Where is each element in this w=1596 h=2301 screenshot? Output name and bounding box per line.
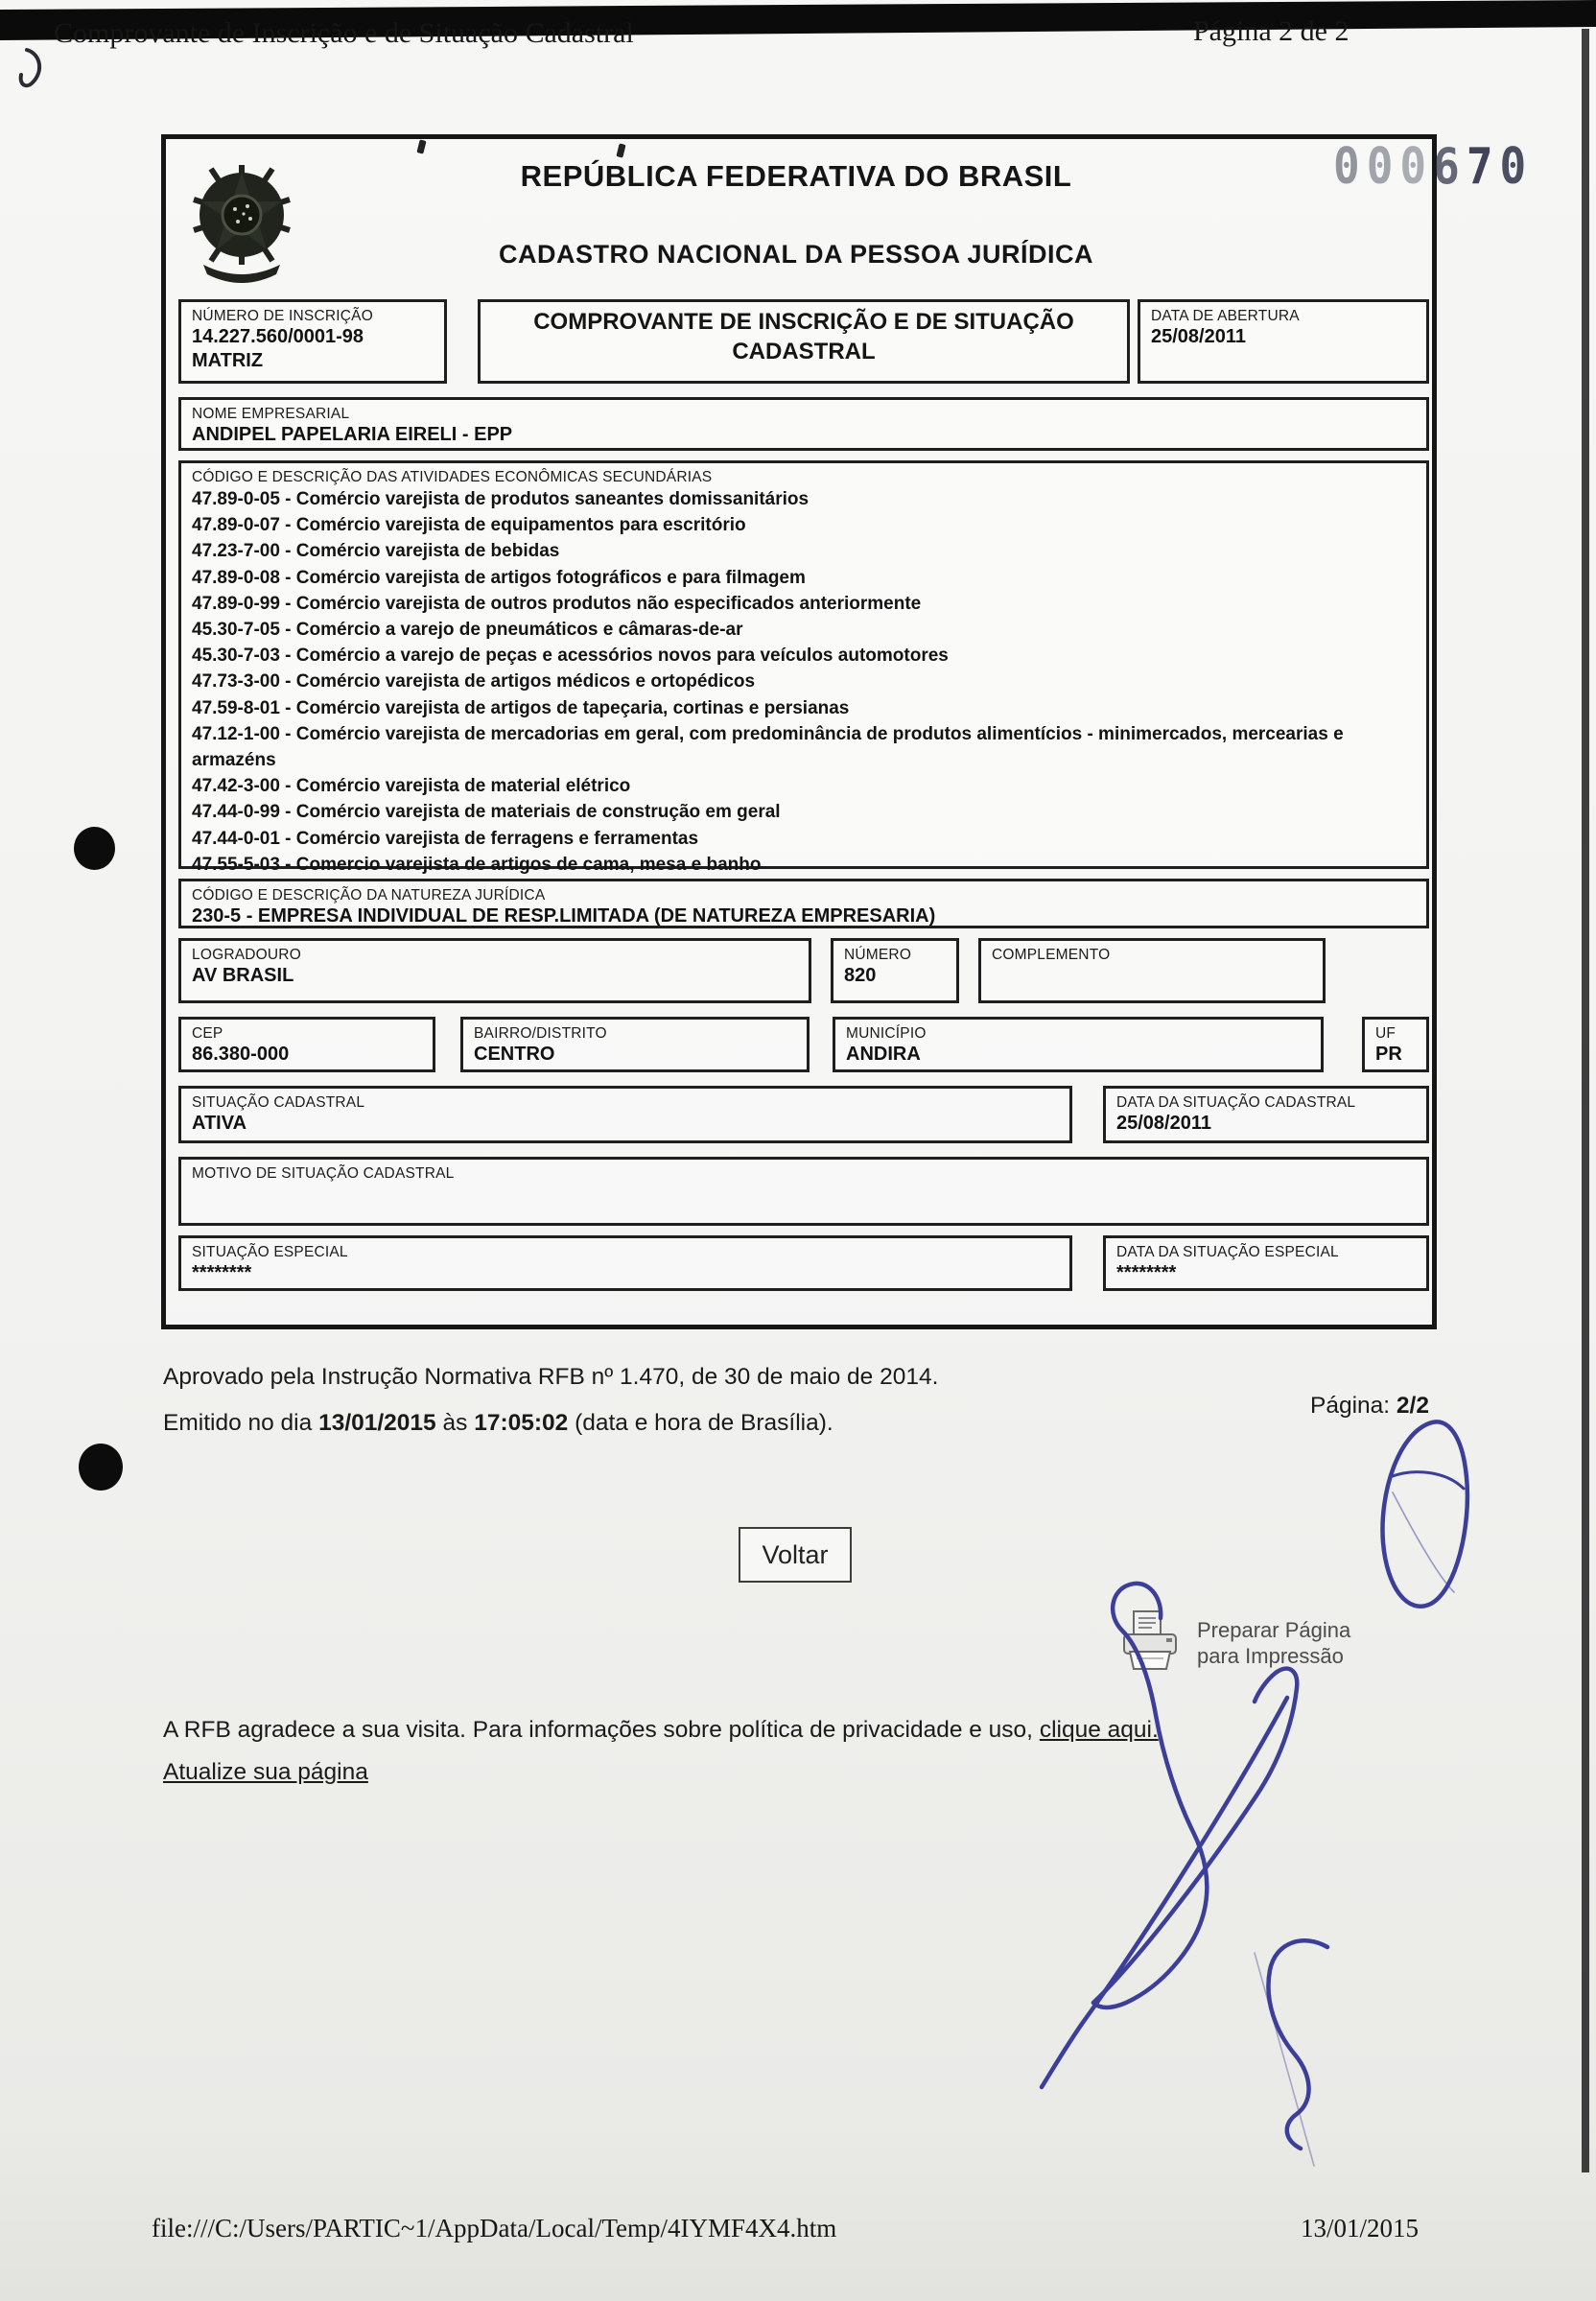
print-link-line1: Preparar Página: [1197, 1617, 1350, 1643]
field-complemento: COMPLEMENTO: [978, 938, 1326, 1003]
field-value: 86.380-000: [192, 1043, 422, 1067]
field-label: NOME EMPRESARIAL: [192, 405, 1416, 423]
scanned-page: Comprovante de Inscrição e de Situação C…: [0, 0, 1596, 2301]
pagina-indicator: Página: 2/2: [1310, 1393, 1429, 1420]
atividade-item: 47.89-0-05 - Comércio varejista de produ…: [192, 486, 1416, 512]
comprovante-line2: CADASTRAL: [491, 337, 1116, 366]
field-label: UF: [1375, 1024, 1416, 1043]
footer-file-url: file:///C:/Users/PARTIC~1/AppData/Local/…: [152, 2214, 836, 2243]
atividade-item: 47.89-0-08 - Comércio varejista de artig…: [192, 565, 1416, 591]
print-page-link[interactable]: Preparar Página para Impressão: [1197, 1617, 1350, 1669]
atividade-item: 47.89-0-99 - Comércio varejista de outro…: [192, 591, 1416, 617]
field-municipio: MUNICÍPIO ANDIRA: [833, 1017, 1324, 1072]
atualize-pagina-link[interactable]: Atualize sua página: [163, 1759, 368, 1786]
field-label: SITUAÇÃO CADASTRAL: [192, 1093, 1059, 1112]
stamp-number: 000670: [1333, 137, 1533, 195]
field-comprovante-title: COMPROVANTE DE INSCRIÇÃO E DE SITUAÇÃO C…: [478, 299, 1130, 384]
hole-punch-top: [74, 827, 115, 870]
emitido-time: 17:05:02: [474, 1410, 568, 1436]
print-header-title: Comprovante de Inscrição e de Situação C…: [54, 17, 634, 50]
atividades-list: 47.89-0-05 - Comércio varejista de produ…: [192, 486, 1416, 878]
field-label: NÚMERO: [844, 946, 946, 964]
emitido-suffix: (data e hora de Brasília).: [568, 1410, 833, 1436]
field-logradouro: LOGRADOURO AV BRASIL: [178, 938, 811, 1003]
field-value: CENTRO: [474, 1043, 796, 1067]
field-natureza-juridica: CÓDIGO E DESCRIÇÃO DA NATUREZA JURÍDICA …: [178, 879, 1429, 928]
field-cep: CEP 86.380-000: [178, 1017, 435, 1072]
field-uf: UF PR: [1362, 1017, 1429, 1072]
atividade-item: 47.55-5-03 - Comercio varejista de artig…: [192, 852, 1416, 878]
field-value: 820: [844, 964, 946, 988]
atividade-item: 47.42-3-00 - Comércio varejista de mater…: [192, 773, 1416, 799]
field-value: ANDIPEL PAPELARIA EIRELI - EPP: [192, 423, 1416, 447]
aprovado-text: Aprovado pela Instrução Normativa RFB nº…: [163, 1364, 938, 1391]
field-data-abertura: DATA DE ABERTURA 25/08/2011: [1138, 299, 1429, 384]
clique-aqui-link[interactable]: clique aqui.: [1040, 1717, 1159, 1743]
field-numero-inscricao: NÚMERO DE INSCRIÇÃO 14.227.560/0001-98 M…: [178, 299, 447, 384]
atividade-item: 47.12-1-00 - Comércio varejista de merca…: [192, 721, 1416, 773]
pen-hook-mark: [21, 50, 39, 85]
field-data-situacao-especial: DATA DA SITUAÇÃO ESPECIAL ********: [1103, 1235, 1429, 1291]
field-bairro: BAIRRO/DISTRITO CENTRO: [460, 1017, 810, 1072]
field-value: 25/08/2011: [1151, 325, 1416, 349]
field-label: NÚMERO DE INSCRIÇÃO: [192, 307, 434, 325]
hole-punch-bottom: [79, 1444, 123, 1491]
form-title-republica: REPÚBLICA FEDERATIVA DO BRASIL: [317, 159, 1276, 194]
emitido-date: 13/01/2015: [318, 1410, 436, 1436]
atividade-item: 47.23-7-00 - Comércio varejista de bebid…: [192, 538, 1416, 564]
field-numero: NÚMERO 820: [831, 938, 959, 1003]
field-label: BAIRRO/DISTRITO: [474, 1024, 796, 1043]
field-label: MOTIVO DE SITUAÇÃO CADASTRAL: [192, 1164, 1416, 1183]
rfb-thanks-text: A RFB agradece a sua visita. Para inform…: [163, 1717, 1033, 1743]
rfb-thanks-line: A RFB agradece a sua visita. Para inform…: [163, 1717, 1159, 1744]
field-value: ********: [192, 1261, 1059, 1285]
field-value: ANDIRA: [846, 1043, 1310, 1067]
brazil-coat-of-arms-logo: [190, 161, 293, 286]
form-title-cadastro: CADASTRO NACIONAL DA PESSOA JURÍDICA: [317, 240, 1276, 270]
field-value: 14.227.560/0001-98: [192, 325, 434, 349]
field-value-sub: MATRIZ: [192, 349, 434, 373]
emitido-text: Emitido no dia 13/01/2015 às 17:05:02 (d…: [163, 1410, 833, 1437]
print-link-line2: para Impressão: [1197, 1643, 1350, 1669]
atividade-item: 45.30-7-05 - Comércio a varejo de pneumá…: [192, 617, 1416, 643]
comprovante-line1: COMPROVANTE DE INSCRIÇÃO E DE SITUAÇÃO: [491, 307, 1116, 337]
field-value: PR: [1375, 1043, 1416, 1067]
field-situacao-cadastral: SITUAÇÃO CADASTRAL ATIVA: [178, 1086, 1072, 1143]
atividade-item: 47.59-8-01 - Comércio varejista de artig…: [192, 695, 1416, 721]
field-label: COMPLEMENTO: [992, 946, 1312, 964]
scan-right-edge-line: [1582, 29, 1589, 2172]
field-motivo-situacao: MOTIVO DE SITUAÇÃO CADASTRAL: [178, 1157, 1429, 1226]
field-value: AV BRASIL: [192, 964, 798, 988]
field-label: CÓDIGO E DESCRIÇÃO DA NATUREZA JURÍDICA: [192, 886, 1416, 904]
field-atividades-secundarias: CÓDIGO E DESCRIÇÃO DAS ATIVIDADES ECONÔM…: [178, 460, 1429, 869]
field-label: SITUAÇÃO ESPECIAL: [192, 1243, 1059, 1261]
atividade-item: 47.44-0-01 - Comércio varejista de ferra…: [192, 826, 1416, 852]
field-situacao-especial: SITUAÇÃO ESPECIAL ********: [178, 1235, 1072, 1291]
field-value: ATIVA: [192, 1112, 1059, 1136]
field-nome-empresarial: NOME EMPRESARIAL ANDIPEL PAPELARIA EIREL…: [178, 397, 1429, 451]
field-label: DATA DA SITUAÇÃO ESPECIAL: [1116, 1243, 1416, 1261]
print-header-page-info: Página 2 de 2: [1193, 15, 1349, 48]
atividade-item: 47.44-0-99 - Comércio varejista de mater…: [192, 799, 1416, 825]
footer-date: 13/01/2015: [1301, 2214, 1419, 2243]
field-label: CÓDIGO E DESCRIÇÃO DAS ATIVIDADES ECONÔM…: [192, 468, 1416, 486]
signature-scribble: [1042, 1584, 1327, 2166]
field-value: 230-5 - EMPRESA INDIVIDUAL DE RESP.LIMIT…: [192, 904, 1416, 928]
pagina-label: Página:: [1310, 1393, 1396, 1419]
field-label: DATA DE ABERTURA: [1151, 307, 1416, 325]
field-value: 25/08/2011: [1116, 1112, 1416, 1136]
atividade-item: 45.30-7-03 - Comércio a varejo de peças …: [192, 643, 1416, 669]
signature-oval: [1382, 1421, 1467, 1606]
emitido-middle: às: [436, 1410, 475, 1436]
field-label: LOGRADOURO: [192, 946, 798, 964]
atividade-item: 47.73-3-00 - Comércio varejista de artig…: [192, 669, 1416, 694]
voltar-button[interactable]: Voltar: [739, 1527, 852, 1583]
atividade-item: 47.89-0-07 - Comércio varejista de equip…: [192, 512, 1416, 538]
field-label: MUNICÍPIO: [846, 1024, 1310, 1043]
field-data-situacao-cadastral: DATA DA SITUAÇÃO CADASTRAL 25/08/2011: [1103, 1086, 1429, 1143]
field-value: ********: [1116, 1261, 1416, 1285]
printer-icon[interactable]: [1120, 1609, 1180, 1673]
emitido-prefix: Emitido no dia: [163, 1410, 318, 1436]
field-label: CEP: [192, 1024, 422, 1043]
pagina-value: 2/2: [1396, 1393, 1429, 1419]
field-label: DATA DA SITUAÇÃO CADASTRAL: [1116, 1093, 1416, 1112]
